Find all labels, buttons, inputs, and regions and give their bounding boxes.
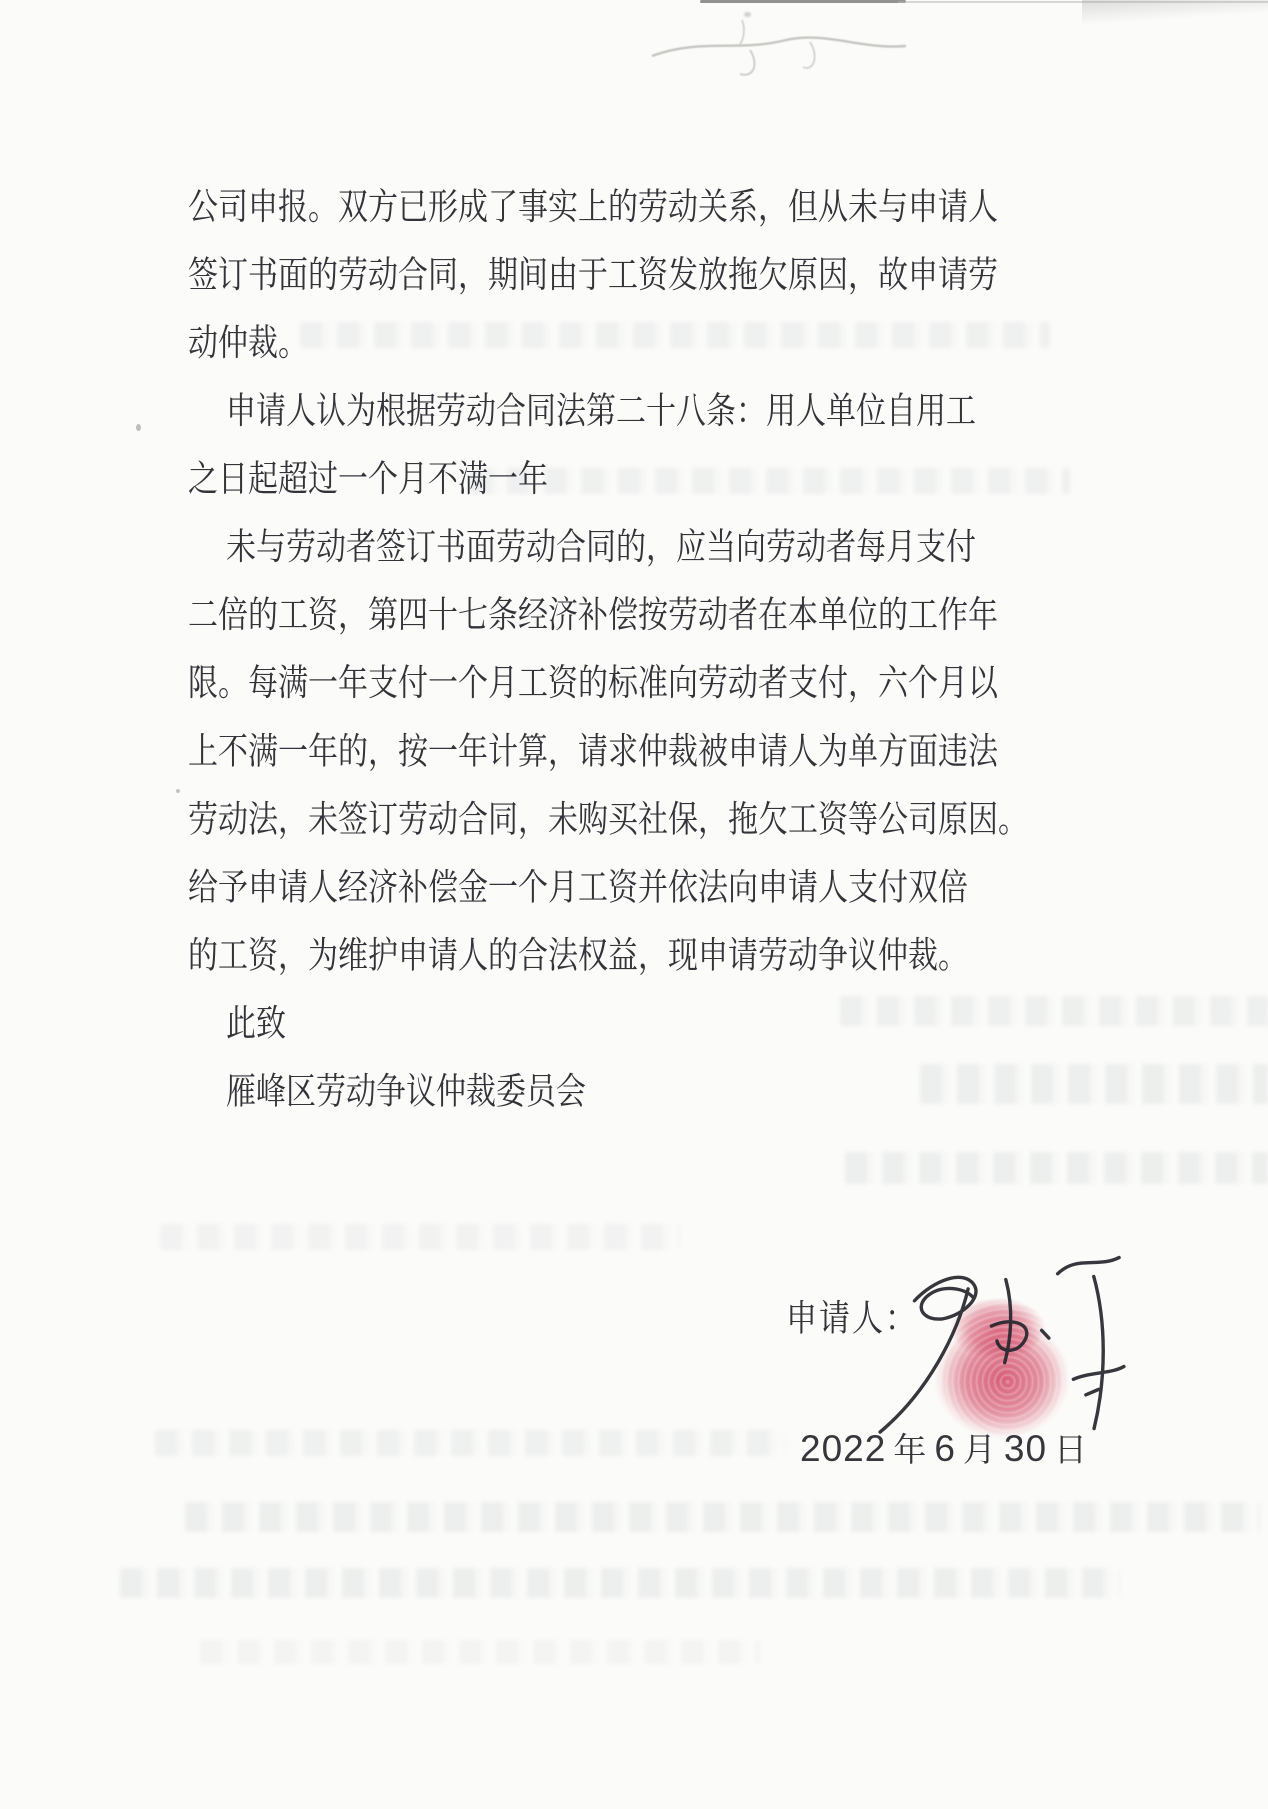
closing-salute: 此致 <box>188 990 1024 1058</box>
scan-artifact-crease <box>600 14 930 104</box>
body-line-6: 未与劳动者签订书面劳动合同的，应当向劳动者每月支付 <box>188 514 1024 582</box>
body-line-12: 的工资，为维护申请人的合法权益，现申请劳动争议仲裁。 <box>188 922 1024 990</box>
applicant-signature <box>855 1235 1134 1449</box>
date-day-unit: 日 <box>1054 1433 1088 1469</box>
bleedthrough-mark <box>160 1224 680 1250</box>
committee-name: 雁峰区劳动争议仲裁委员会 <box>188 1059 1024 1127</box>
date-month-unit: 月 <box>963 1433 997 1469</box>
scan-speck <box>136 424 141 431</box>
scan-speck <box>744 12 751 17</box>
body-line-11: 给予申请人经济补偿金一个月工资并依法向申请人支付双倍 <box>188 854 1024 922</box>
body-line-2: 签订书面的劳动合同，期间由于工资发放拖欠原因，故申请劳 <box>188 242 1024 310</box>
scan-artifact-corner-smudge <box>1082 0 1268 24</box>
body-line-1: 公司申报。双方已形成了事实上的劳动关系，但从未与申请人 <box>188 174 1024 242</box>
scan-speck <box>176 789 180 793</box>
body-line-7: 二倍的工资，第四十七条经济补偿按劳动者在本单位的工作年 <box>188 582 1024 650</box>
date-year-unit: 年 <box>893 1433 927 1469</box>
scanned-document-page: 公司申报。双方已形成了事实上的劳动关系，但从未与申请人 签订书面的劳动合同，期间… <box>0 0 1268 1809</box>
date-year: 2022 <box>800 1428 886 1469</box>
body-line-4: 申请人认为根据劳动合同法第二十八条：用人单位自用工 <box>188 378 1024 446</box>
body-line-10: 劳动法，未签订劳动合同，未购买社保，拖欠工资等公司原因。 <box>188 786 1024 854</box>
body-line-5: 之日起超过一个月不满一年 <box>188 446 1024 514</box>
date-month: 6 <box>934 1428 956 1469</box>
bleedthrough-mark <box>845 1152 1268 1184</box>
bleedthrough-mark <box>120 1568 1120 1598</box>
bleedthrough-mark <box>155 1430 785 1456</box>
bleedthrough-mark <box>185 1502 1260 1532</box>
body-line-8: 限。每满一年支付一个月工资的标准向劳动者支付，六个月以 <box>188 650 1024 718</box>
body-line-9: 上不满一年的，按一年计算，请求仲裁被申请人为单方面违法 <box>188 718 1024 786</box>
letter-body: 公司申报。双方已形成了事实上的劳动关系，但从未与申请人 签订书面的劳动合同，期间… <box>188 174 1024 1127</box>
body-line-3: 动仲裁。 <box>188 310 1024 378</box>
date-day: 30 <box>1004 1428 1047 1469</box>
date-line: 2022年6月30日 <box>800 1424 1095 1471</box>
scan-artifact-top-line <box>700 0 906 3</box>
bleedthrough-mark <box>200 1640 760 1664</box>
